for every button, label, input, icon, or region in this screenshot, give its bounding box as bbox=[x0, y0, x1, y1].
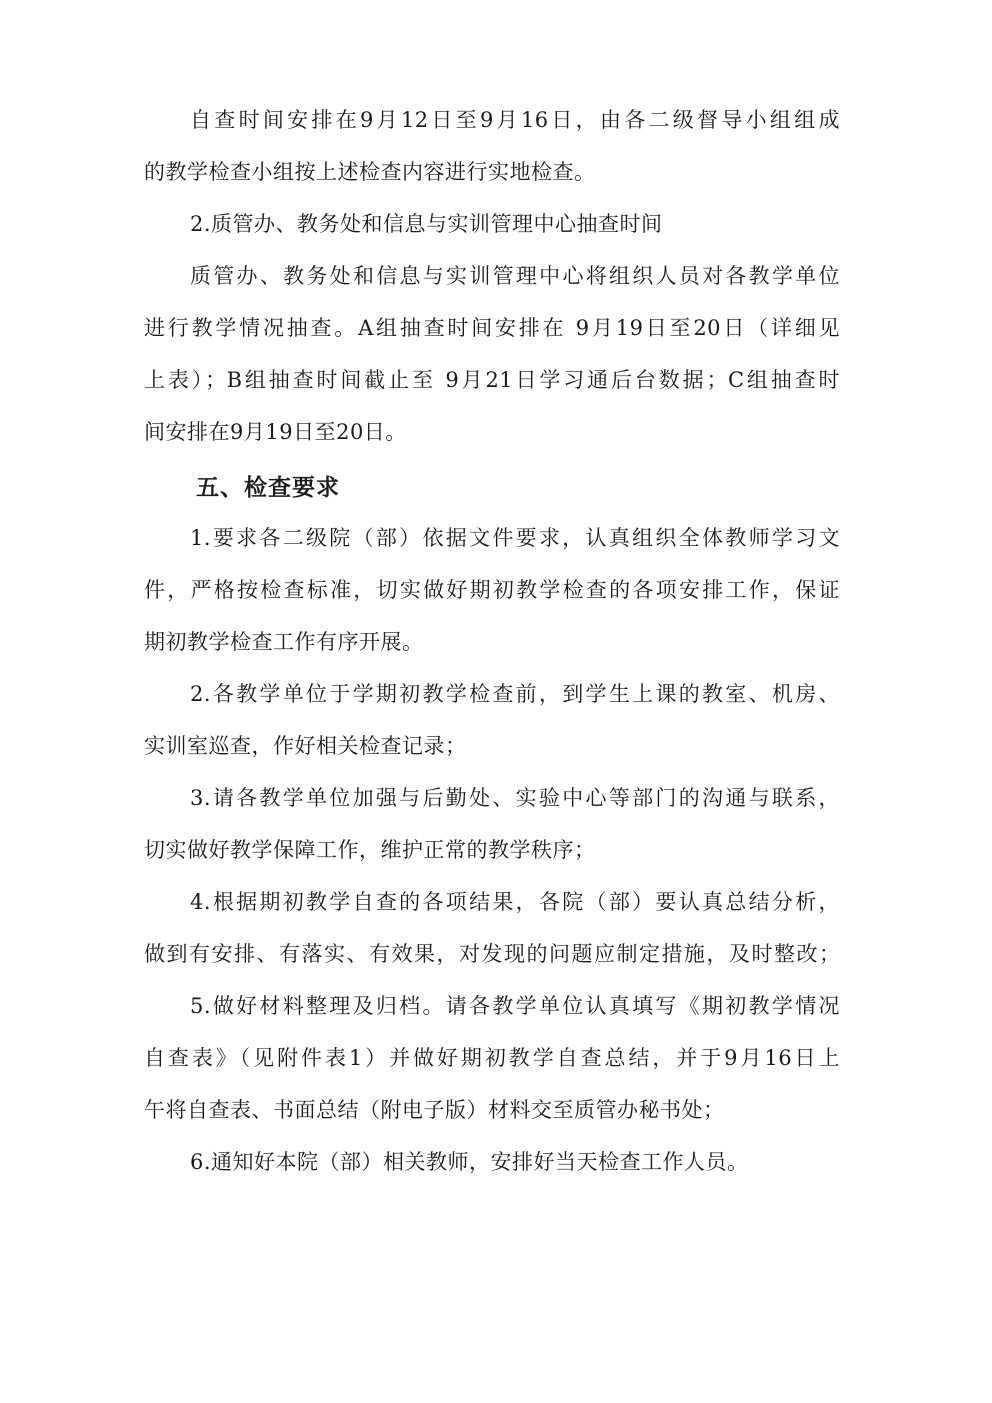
paragraph-line: 进行教学情况抽查。A组抽查时间安排在 9月19日至20日（详细见 bbox=[144, 310, 840, 346]
requirement-line: 5.做好材料整理及归档。请各教学单位认真填写《期初教学情况 bbox=[190, 988, 840, 1024]
requirement-line: 3.请各教学单位加强与后勤处、实验中心等部门的沟通与联系， bbox=[190, 780, 840, 816]
requirement-line: 切实做好教学保障工作，维护正常的教学秩序； bbox=[144, 832, 840, 868]
paragraph-line: 的教学检查小组按上述检查内容进行实地检查。 bbox=[144, 154, 840, 190]
paragraph-line: 间安排在9月19日至20日。 bbox=[144, 414, 840, 450]
requirement-line: 做到有安排、有落实、有效果，对发现的问题应制定措施，及时整改； bbox=[144, 936, 840, 972]
requirement-line: 午将自查表、书面总结（附电子版）材料交至质管办秘书处； bbox=[144, 1092, 840, 1128]
requirement-line: 期初教学检查工作有序开展。 bbox=[144, 624, 840, 660]
requirement-line: 2.各教学单位于学期初教学检查前，到学生上课的教室、机房、 bbox=[190, 676, 840, 712]
paragraph-line: 上表）；B组抽查时间截止至 9月21日学习通后台数据；C组抽查时 bbox=[144, 362, 840, 398]
paragraph-line: 自查时间安排在9月12日至9月16日，由各二级督导小组组成 bbox=[190, 102, 840, 138]
requirement-line: 件，严格按检查标准，切实做好期初教学检查的各项安排工作，保证 bbox=[144, 572, 840, 608]
section-heading: 五、检查要求 bbox=[196, 468, 340, 508]
requirement-line: 自查表》（见附件表1）并做好期初教学自查总结，并于9月16日上 bbox=[144, 1040, 840, 1076]
subheading: 2.质管办、教务处和信息与实训管理中心抽查时间 bbox=[190, 206, 840, 242]
requirement-line: 1.要求各二级院（部）依据文件要求，认真组织全体教师学习文 bbox=[190, 520, 840, 556]
requirement-line: 实训室巡查，作好相关检查记录； bbox=[144, 728, 840, 764]
requirement-line: 6.通知好本院（部）相关教师，安排好当天检查工作人员。 bbox=[190, 1144, 840, 1180]
document-page: 自查时间安排在9月12日至9月16日，由各二级督导小组组成 的教学检查小组按上述… bbox=[0, 0, 992, 1403]
paragraph-line: 质管办、教务处和信息与实训管理中心将组织人员对各教学单位 bbox=[190, 258, 840, 294]
requirement-line: 4.根据期初教学自查的各项结果，各院（部）要认真总结分析， bbox=[190, 884, 840, 920]
